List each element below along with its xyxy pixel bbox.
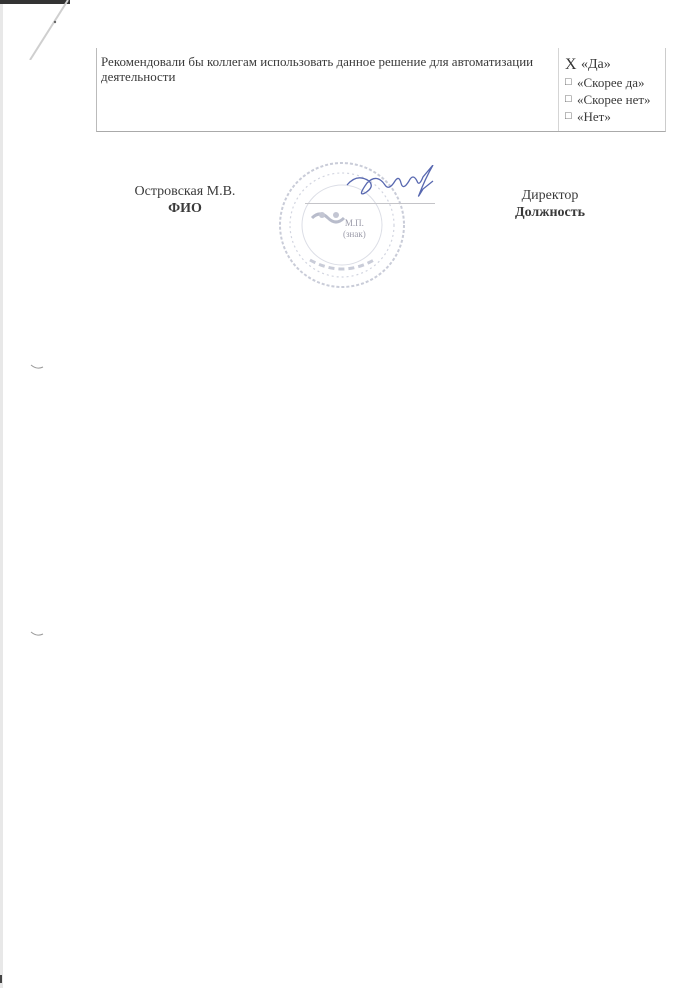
scan-edge-mark [0, 975, 2, 983]
mp-subtext: (знак) [343, 229, 366, 240]
option-label: «Скорее да» [577, 74, 645, 91]
signatory-position-block: Директор Должность [500, 187, 600, 221]
option-label: «Да» [581, 56, 611, 73]
mp-text: М.П. [343, 218, 366, 229]
option-label: «Скорее нет» [577, 91, 651, 108]
scan-fold-line [0, 0, 80, 60]
option-rather-yes[interactable]: □ «Скорее да» [565, 74, 665, 91]
option-no[interactable]: □ «Нет» [565, 108, 665, 125]
option-yes[interactable]: X «Да» [565, 56, 665, 73]
scan-left-edge [0, 0, 3, 988]
question-cell: Рекомендовали бы коллегам использовать д… [97, 48, 559, 131]
position-caption: Должность [500, 204, 600, 221]
checkbox-empty-icon: □ [565, 108, 577, 125]
stamp-placeholder-label: М.П. (знак) [343, 218, 366, 240]
handwritten-signature [345, 165, 445, 205]
option-rather-no[interactable]: □ «Скорее нет» [565, 91, 665, 108]
checkbox-empty-icon: □ [565, 91, 577, 108]
signatory-name-block: Островская М.В. ФИО [130, 183, 240, 217]
survey-table-row: Рекомендовали бы коллегам использовать д… [96, 48, 666, 132]
name-caption: ФИО [130, 200, 240, 217]
checked-x-icon: X [565, 56, 581, 73]
answer-cell: X «Да» □ «Скорее да» □ «Скорее нет» □ «Н… [559, 48, 665, 131]
hole-punch-mark [30, 364, 44, 370]
hole-punch-mark [30, 631, 44, 637]
checkbox-empty-icon: □ [565, 74, 577, 91]
question-text: Рекомендовали бы коллегам использовать д… [101, 54, 533, 84]
signatory-position: Директор [500, 187, 600, 204]
option-label: «Нет» [577, 108, 611, 125]
signatory-name: Островская М.В. [130, 183, 240, 200]
